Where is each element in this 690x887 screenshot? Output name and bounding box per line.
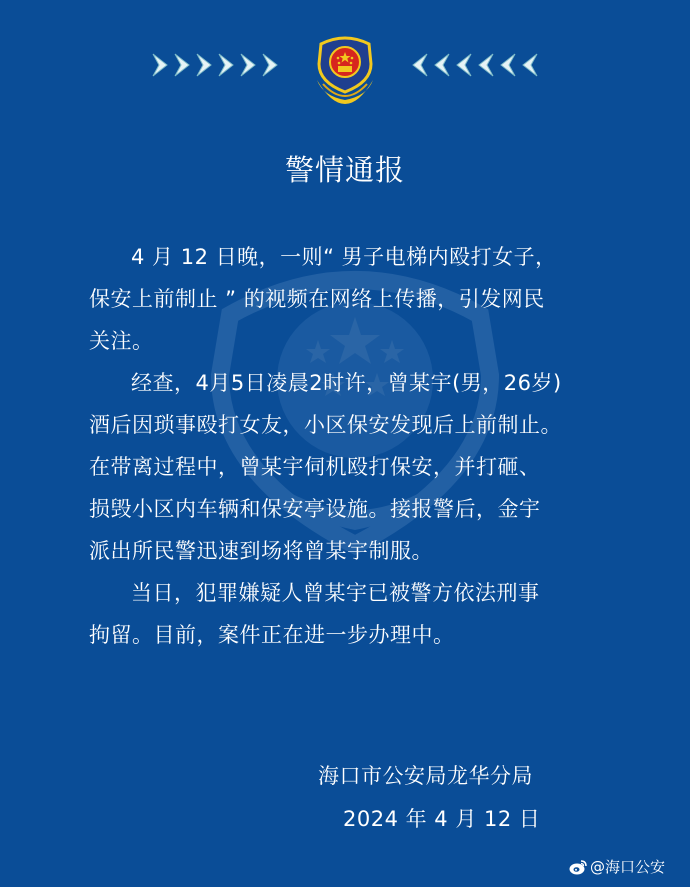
notice-body: 4 月 12 日晚，一则“ 男子电梯内殴打女子， 保安上前制止 ” 的视频在网络…: [89, 236, 609, 656]
issuer-signature: 海口市公安局龙华分局: [318, 760, 533, 790]
notice-title: 警情通报: [0, 148, 690, 189]
chevron-right-icon: [262, 52, 280, 78]
chevron-right-icon: [174, 52, 192, 78]
chevron-left-icon: [498, 52, 516, 78]
text-line: 酒后因琐事殴打女友，小区保安发现后上前制止。: [47, 404, 609, 446]
text-line: 当日，犯罪嫌疑人曾某宇已被警方依法刑事: [89, 572, 609, 614]
paragraph-3: 当日，犯罪嫌疑人曾某宇已被警方依法刑事 拘留。目前，案件正在进一步办理中。: [89, 572, 609, 656]
text-line: 在带离过程中，曾某宇伺机殴打保安，并打砸、: [47, 446, 609, 488]
right-chevron-ornament: [410, 52, 538, 82]
chevron-left-icon: [476, 52, 494, 78]
chevron-right-icon: [196, 52, 214, 78]
text-line: 派出所民警迅速到场将曾某宇制服。: [47, 530, 609, 572]
text-line: 保安上前制止 ” 的视频在网络上传播，引发网民: [47, 278, 609, 320]
text-line: 拘留。目前，案件正在进一步办理中。: [47, 614, 609, 656]
weibo-icon: [569, 859, 587, 875]
police-notice-page: 警情通报 4 月 12 日晚，一则“ 男子电梯内殴打女子， 保安上前制止 ” 的…: [0, 0, 690, 887]
chevron-left-icon: [520, 52, 538, 78]
chevron-left-icon: [454, 52, 472, 78]
paragraph-2: 经查，4月5日凌晨2时许，曾某宇(男，26岁) 酒后因琐事殴打女友，小区保安发现…: [89, 362, 609, 572]
left-chevron-ornament: [152, 52, 280, 82]
chevron-right-icon: [240, 52, 258, 78]
paragraph-1: 4 月 12 日晚，一则“ 男子电梯内殴打女子， 保安上前制止 ” 的视频在网络…: [89, 236, 609, 362]
text-line: 经查，4月5日凌晨2时许，曾某宇(男，26岁): [89, 362, 609, 404]
text-line: 4 月 12 日晚，一则“ 男子电梯内殴打女子，: [89, 236, 609, 278]
weibo-watermark: @海口公安: [569, 856, 665, 877]
weibo-handle: @海口公安: [590, 856, 665, 877]
text-line: 损毁小区内车辆和保安亭设施。接报警后，金宇: [47, 488, 609, 530]
chevron-right-icon: [152, 52, 170, 78]
chevron-right-icon: [218, 52, 236, 78]
police-emblem-icon: [311, 34, 379, 106]
issue-date: 2024 年 4 月 12 日: [343, 803, 540, 833]
chevron-left-icon: [410, 52, 428, 78]
text-line: 关注。: [47, 320, 609, 362]
chevron-left-icon: [432, 52, 450, 78]
